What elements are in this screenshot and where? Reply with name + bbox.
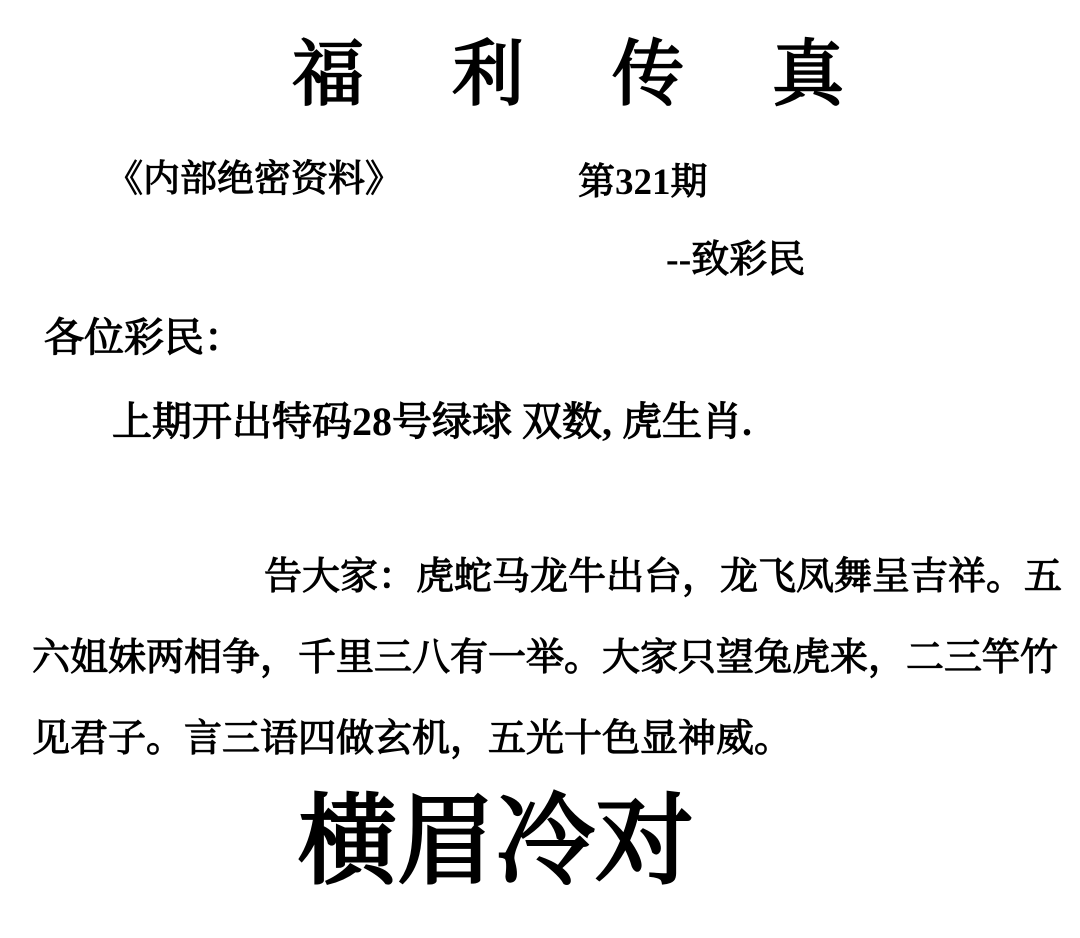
- previous-result-line: 上期开出特码28号绿球 双数, 虎生肖.: [112, 390, 752, 447]
- fax-document-page: 福 利 传 真 《内部绝密资料》 第321期 --致彩民 各位彩民： 上期开出特…: [0, 0, 1080, 938]
- announcement-paragraph: 告大家：虎蛇马龙牛出台，龙飞凤舞呈吉祥。五 六姐妹两相争，千里三八有一举。大家只…: [32, 537, 1062, 780]
- issue-number: 第321期: [578, 151, 708, 205]
- salutation-line: 各位彩民：: [44, 306, 244, 363]
- announcement-line-1: 告大家：虎蛇马龙牛出台，龙飞凤舞呈吉祥。五: [32, 537, 1062, 618]
- dedication-line: --致彩民: [666, 228, 805, 283]
- announcement-line-2: 六姐妹两相争，千里三八有一举。大家只望兔虎来，二三竿竹: [32, 618, 1062, 699]
- doc-classification-label: 《内部绝密资料》: [106, 148, 402, 202]
- announcement-line-3: 见君子。言三语四做玄机，五光十色显神威。: [32, 699, 1062, 780]
- doc-title: 福 利 传 真: [292, 34, 878, 117]
- bottom-slogan: 横眉冷对: [298, 788, 694, 899]
